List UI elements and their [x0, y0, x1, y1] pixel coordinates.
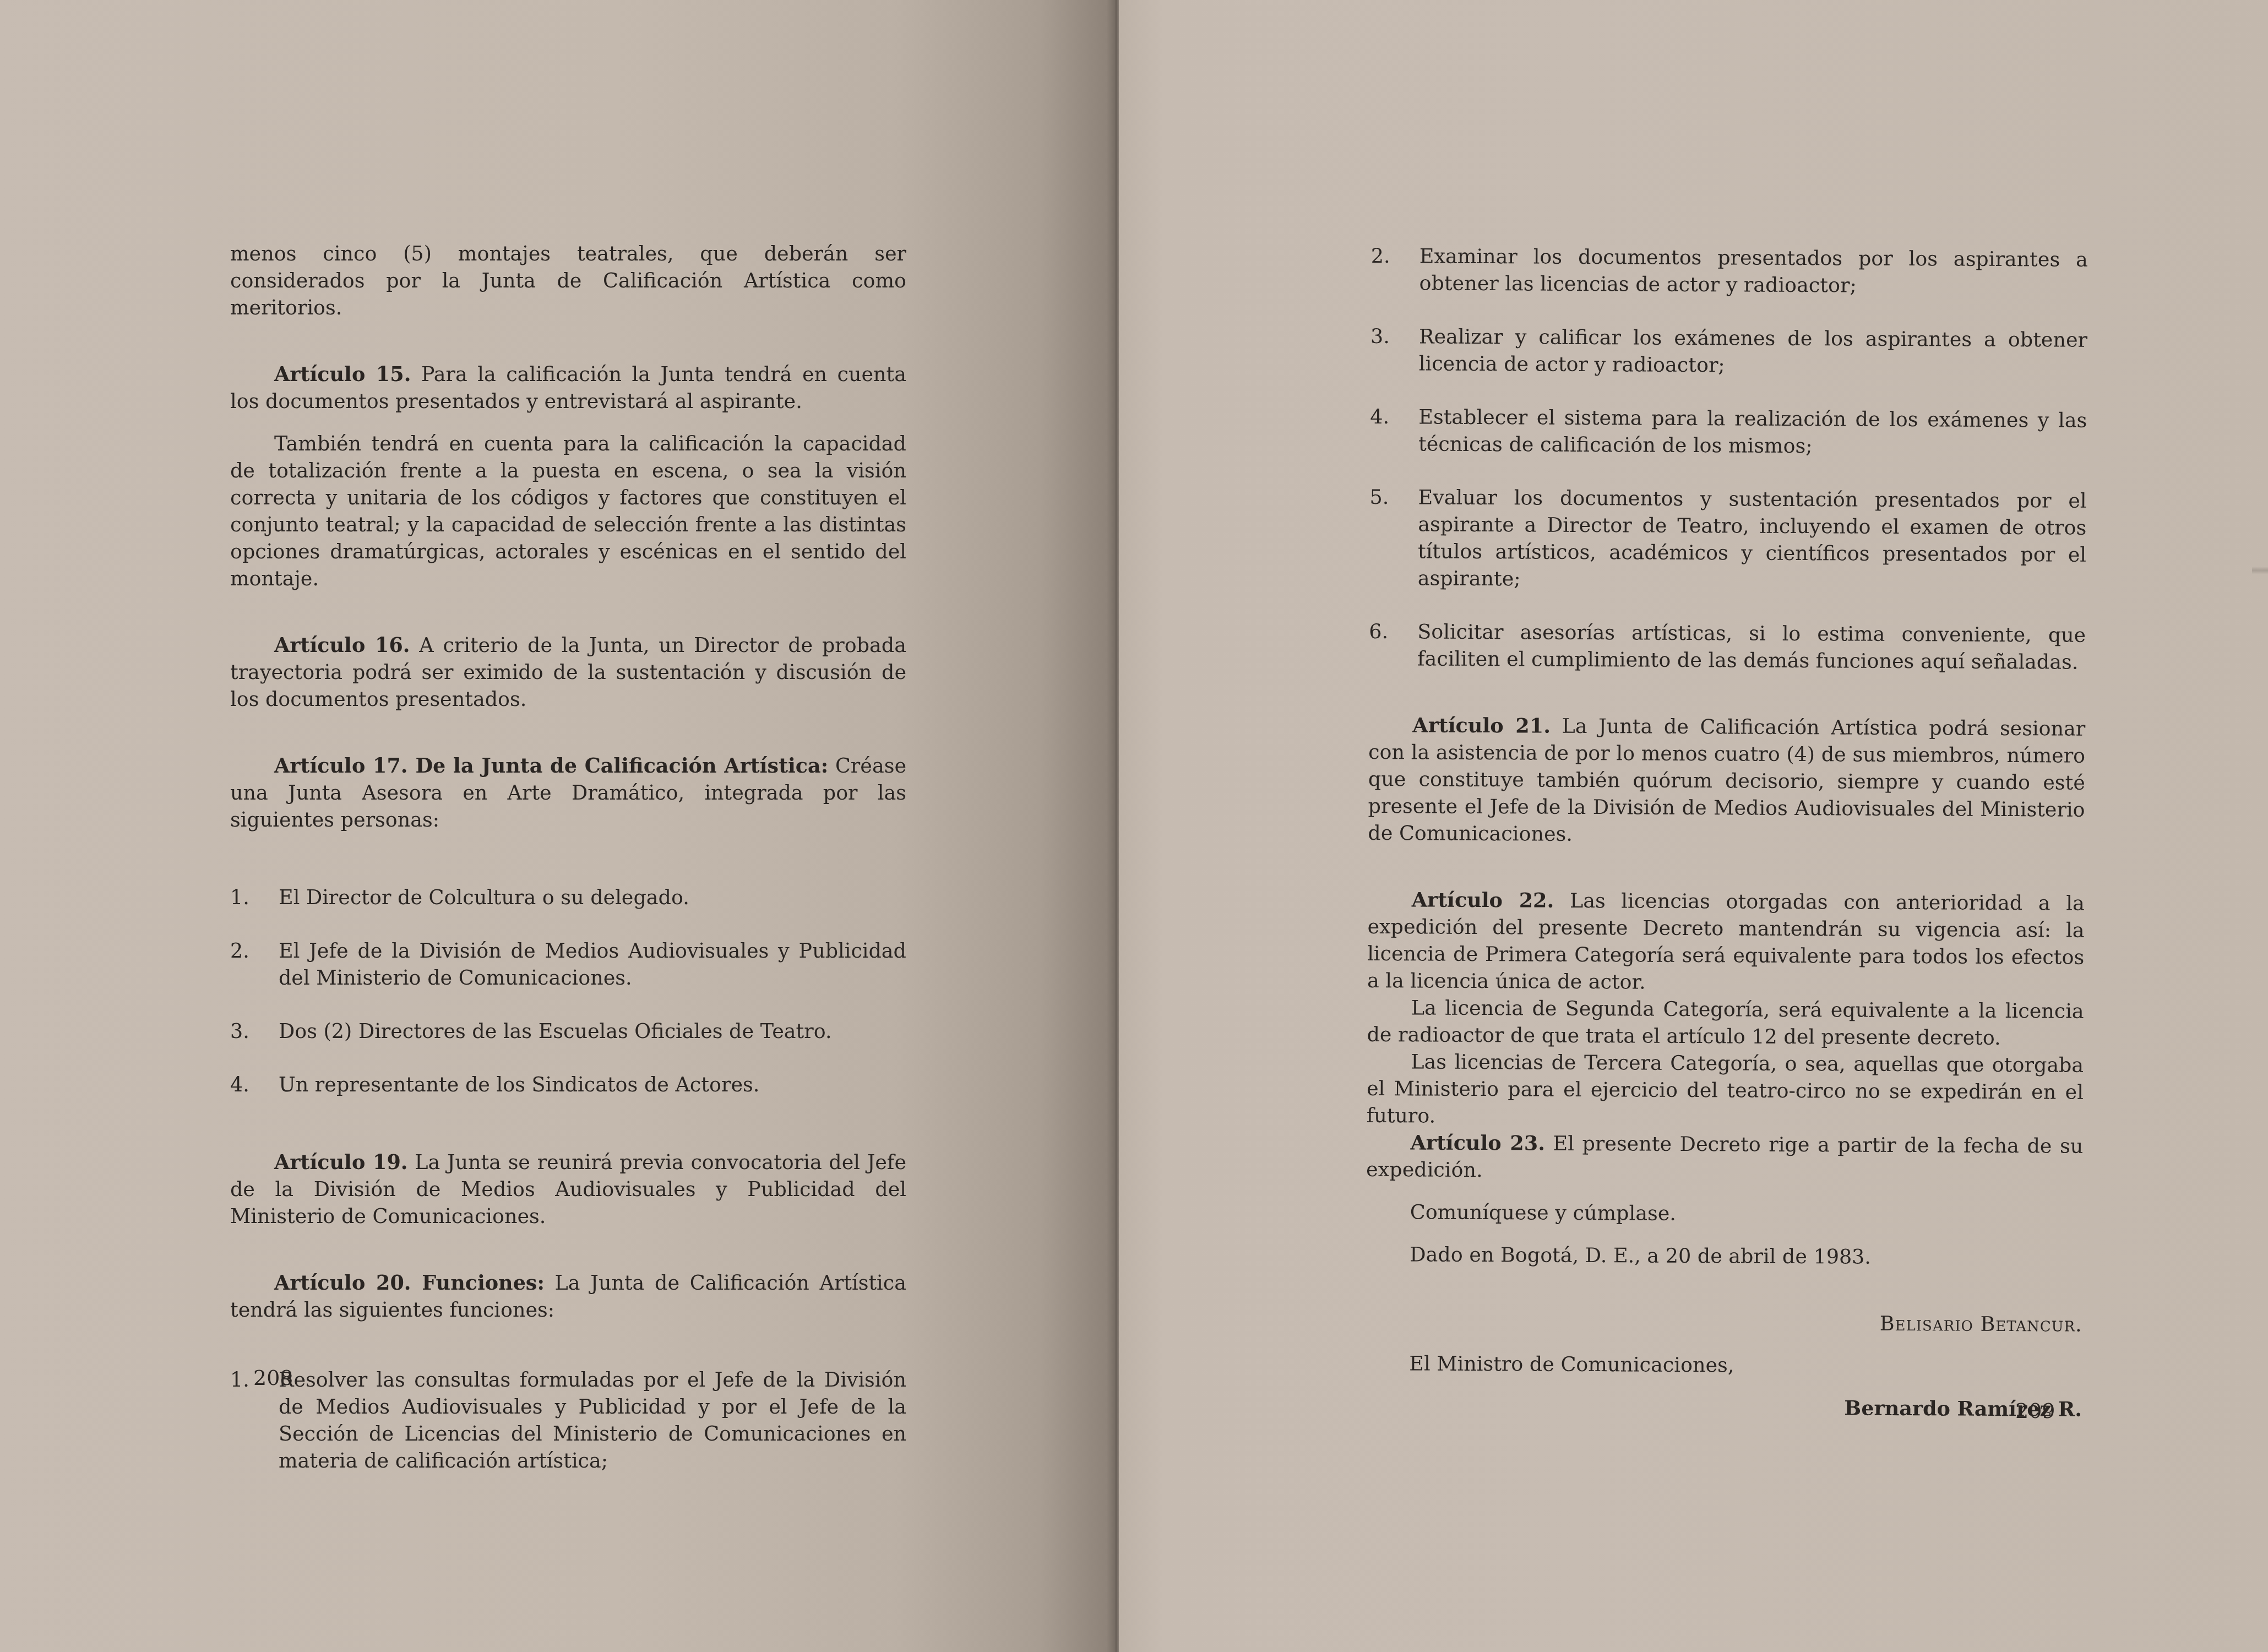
article-20: Artículo 20. Funciones: La Junta de Cali… — [230, 1269, 906, 1323]
page-number: 208 — [253, 1366, 293, 1390]
list-item: 4. Un representante de los Sindicatos de… — [230, 1071, 906, 1098]
signature-president: Belisario Betancur. — [1366, 1307, 2082, 1338]
fold-shadow-line — [2252, 567, 2268, 582]
signature-minister: Bernardo Ramírez R. — [1365, 1392, 2082, 1423]
left-page: menos cinco (5) montajes teatrales, que … — [0, 0, 1118, 1652]
article-23: Artículo 23. El presente Decreto rige a … — [1366, 1129, 2083, 1187]
continuation-paragraph: menos cinco (5) montajes teatrales, que … — [230, 240, 906, 321]
article-22: Artículo 22. Las licencias otorgadas con… — [1367, 886, 2085, 998]
article-19: Artículo 19. La Junta se reunirá previa … — [230, 1149, 906, 1230]
right-page-text: 2. Examinar los documentos presentados p… — [1365, 242, 2088, 1423]
closing-formula: Comuníquese y cúmplase. — [1366, 1198, 2083, 1229]
article-15: Artículo 15. Para la calificación la Jun… — [230, 361, 906, 415]
article-heading: Artículo 19. — [274, 1150, 408, 1174]
list-item: 3. Dos (2) Directores de las Escuelas Of… — [230, 1018, 906, 1045]
list-item: 4. Establecer el sistema para la realiza… — [1370, 403, 2087, 461]
list-item: 2. Examinar los documentos presentados p… — [1370, 242, 2087, 300]
article-heading: Artículo 23. — [1410, 1131, 1545, 1155]
article-heading: Artículo 17. De la Junta de Calificación… — [274, 754, 828, 778]
left-page-text: menos cinco (5) montajes teatrales, que … — [230, 240, 906, 1474]
list-item: 5. Evaluar los documentos y sustentación… — [1369, 483, 2087, 595]
minister-title: El Ministro de Comunicaciones, — [1365, 1350, 2082, 1381]
article-heading: Artículo 16. — [274, 633, 410, 657]
article-16: Artículo 16. A criterio de la Junta, un … — [230, 632, 906, 713]
article-heading: Artículo 22. — [1412, 888, 1554, 912]
list-item: 2. El Jefe de la División de Medios Audi… — [230, 937, 906, 991]
article-22-paragraph-3: Las licencias de Tercera Categoría, o se… — [1367, 1048, 2084, 1133]
page-number: 209 — [2015, 1399, 2055, 1423]
book-gutter — [1116, 0, 1119, 1652]
article-21: Artículo 21. La Junta de Calificación Ar… — [1368, 711, 2085, 850]
article-heading: Artículo 21. — [1412, 713, 1551, 737]
list-item: 1. El Director de Colcultura o su delega… — [230, 884, 906, 911]
article-22-paragraph-2: La licencia de Segunda Categoría, será e… — [1367, 994, 2084, 1052]
date-line: Dado en Bogotá, D. E., a 20 de abril de … — [1366, 1241, 2082, 1271]
article-heading: Artículo 15. — [274, 362, 411, 386]
list-item: 6. Solicitar asesorías artísticas, si lo… — [1369, 618, 2086, 676]
article-15-paragraph-2: También tendrá en cuenta para la calific… — [230, 430, 906, 592]
article-heading: Artículo 20. Funciones: — [274, 1271, 545, 1295]
list-item: 3. Realizar y calificar los exámenes de … — [1370, 323, 2087, 381]
article-17: Artículo 17. De la Junta de Calificación… — [230, 752, 906, 833]
list-item: 1. Resolver las consultas formuladas por… — [230, 1366, 906, 1474]
